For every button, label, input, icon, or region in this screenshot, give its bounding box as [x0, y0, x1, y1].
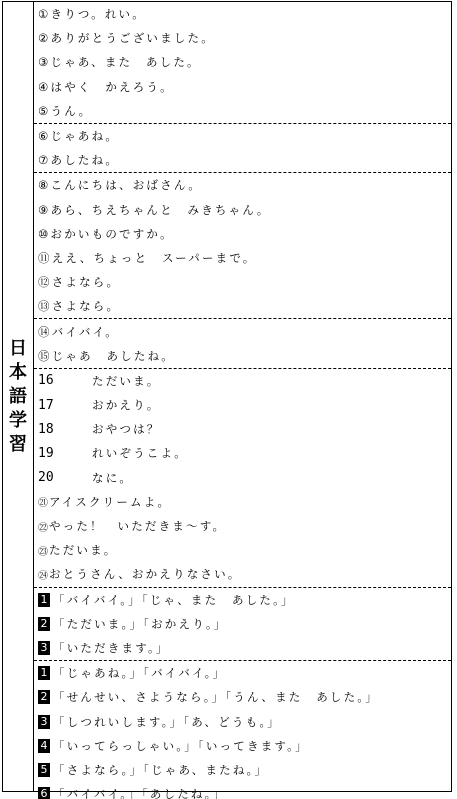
dialogue-line: ㉑アイスクリームよ。 — [34, 490, 451, 514]
exercise-line: 1「じゃあね。」「バイバイ。」 — [34, 661, 451, 685]
line-number: ⑭ — [38, 324, 52, 340]
line-text: ええ、ちょっと スーパーまで。 — [52, 250, 257, 266]
line-number: 17 — [38, 398, 92, 413]
line-text: ただいま。 — [92, 373, 161, 389]
side-title-char: 本 — [9, 361, 27, 385]
number-badge: 6 — [38, 787, 50, 799]
group-5: 16ただいま。 17おかえり。 18おやつは？ 19れいぞうこよ。 20なに。 … — [34, 369, 451, 588]
line-number: ㉔ — [38, 567, 48, 582]
dialogue-line: ⑤うん。 — [34, 99, 451, 123]
number-badge: 2 — [38, 617, 50, 631]
line-number: ⑥ — [38, 129, 51, 143]
dialogue-line: ⑨あら、ちえちゃんと みきちゃん。 — [34, 198, 451, 222]
dialogue-line: ③じゃあ、また あした。 — [34, 50, 451, 74]
line-number: ⑦ — [38, 153, 51, 167]
line-text: ただいま。 — [49, 542, 118, 558]
side-title-char: 語 — [9, 385, 27, 409]
side-title-char: 学 — [9, 409, 27, 433]
dialogue-line: ⑧こんにちは、おばさん。 — [34, 173, 451, 197]
line-number: ④ — [38, 80, 51, 94]
line-text: れいぞうこよ。 — [92, 445, 188, 461]
exercise-line: 4「いってらっしゃい。」「いってきます。」 — [34, 734, 451, 758]
line-number: 16 — [38, 373, 92, 388]
number-badge: 3 — [38, 715, 50, 729]
dialogue-line: ⑩おかいものですか。 — [34, 222, 451, 246]
dialogue-line: ④はやく かえろう。 — [34, 75, 451, 99]
dialogue-line: 16ただいま。 — [34, 369, 451, 393]
line-text: 「いってらっしゃい。」「いってきます。」 — [53, 738, 309, 754]
line-text: ありがとうございました。 — [51, 30, 215, 46]
line-text: おやつは？ — [92, 421, 161, 437]
line-number: ① — [38, 7, 51, 21]
line-number: ⑩ — [38, 227, 51, 241]
line-text: バイバイ。 — [52, 324, 119, 340]
line-text: じゃあね。 — [51, 128, 120, 144]
dialogue-line: ⑫さよなら。 — [34, 270, 451, 294]
side-title-column: 日 本 語 学 習 — [3, 2, 34, 791]
line-text: 「しつれいします。」「あ、どうも。」 — [53, 714, 281, 730]
dialogue-line: ①きりつ。れい。 — [34, 2, 451, 26]
number-badge: 3 — [38, 641, 50, 655]
line-text: アイスクリームよ。 — [49, 494, 171, 510]
line-number: ㉑ — [38, 494, 48, 509]
dialogue-line: ⑬さよなら。 — [34, 294, 451, 318]
line-text: うん。 — [51, 103, 93, 119]
line-number: 18 — [38, 422, 92, 437]
dialogue-line: ⑪ええ、ちょっと スーパーまで。 — [34, 246, 451, 270]
line-text: さよなら。 — [52, 274, 121, 290]
line-text: やった！ いただきま～す。 — [49, 518, 226, 534]
number-badge: 5 — [38, 763, 50, 777]
side-title-char: 日 — [9, 337, 27, 361]
line-number: ⑪ — [38, 250, 52, 266]
line-text: きりつ。れい。 — [51, 6, 146, 22]
group-4: ⑭バイバイ。 ⑮じゃあ あしたね。 — [34, 319, 451, 368]
line-number: ② — [38, 31, 51, 45]
line-number: 20 — [38, 470, 92, 485]
line-number: ㉒ — [38, 519, 48, 534]
number-badge: 1 — [38, 666, 50, 680]
line-number: ⑧ — [38, 178, 51, 192]
group-3: ⑧こんにちは、おばさん。 ⑨あら、ちえちゃんと みきちゃん。 ⑩おかいものですか… — [34, 173, 451, 319]
line-text: じゃあ、また あした。 — [51, 54, 201, 70]
line-number: ③ — [38, 55, 51, 69]
exercise-line: 2「せんせい、さようなら。」「うん、また あした。」 — [34, 685, 451, 709]
line-text: はやく かえろう。 — [51, 79, 174, 95]
line-number: ⑬ — [38, 298, 52, 314]
line-number: ㉓ — [38, 543, 48, 558]
exercise-line: 5「さよなら。」「じゃあ、またね。」 — [34, 758, 451, 782]
exercise-line: 3「しつれいします。」「あ、どうも。」 — [34, 709, 451, 733]
dialogue-line: 20なに。 — [34, 466, 451, 490]
line-number: 19 — [38, 446, 92, 461]
dialogue-line: ㉓ただいま。 — [34, 538, 451, 562]
dialogue-line: 17おかえり。 — [34, 393, 451, 417]
number-badge: 4 — [38, 739, 50, 753]
dialogue-line: ⑥じゃあね。 — [34, 124, 451, 148]
dialogue-line: ⑮じゃあ あしたね。 — [34, 344, 451, 368]
number-badge: 1 — [38, 593, 50, 607]
line-text: 「せんせい、さようなら。」「うん、また あした。」 — [53, 689, 379, 705]
dialogue-line: ㉔おとうさん、おかえりなさい。 — [34, 562, 451, 586]
group-6: 1「バイバイ。」「じゃ、また あした。」 2「ただいま。」「おかえり。」 3「い… — [34, 588, 451, 662]
line-text: おとうさん、おかえりなさい。 — [49, 566, 242, 582]
line-text: あら、ちえちゃんと みきちゃん。 — [51, 202, 271, 218]
line-text: 「じゃあね。」「バイバイ。」 — [53, 665, 226, 681]
group-1: ①きりつ。れい。 ②ありがとうございました。 ③じゃあ、また あした。 ④はやく… — [34, 2, 451, 124]
group-2: ⑥じゃあね。 ⑦あしたね。 — [34, 124, 451, 173]
line-text: おかいものですか。 — [51, 226, 174, 242]
exercise-line: 6「バイバイ。」「あしたね。」 — [34, 782, 451, 799]
exercise-line: 2「ただいま。」「おかえり。」 — [34, 612, 451, 636]
line-text: あしたね。 — [51, 152, 120, 168]
line-text: なに。 — [92, 470, 133, 486]
line-number: ⑤ — [38, 104, 51, 118]
number-badge: 2 — [38, 690, 50, 704]
line-text: 「バイバイ。」「じゃ、また あした。」 — [53, 592, 295, 608]
dialogue-line: ⑭バイバイ。 — [34, 319, 451, 343]
line-text: おかえり。 — [92, 397, 161, 413]
line-text: 「さよなら。」「じゃあ、またね。」 — [53, 762, 268, 778]
dialogue-line: ②ありがとうございました。 — [34, 26, 451, 50]
lesson-sheet: 日 本 語 学 習 ①きりつ。れい。 ②ありがとうございました。 ③じゃあ、また… — [2, 1, 452, 792]
exercise-line: 3「いただきます。」 — [34, 636, 451, 660]
exercise-line: 1「バイバイ。」「じゃ、また あした。」 — [34, 588, 451, 612]
line-number: ⑫ — [38, 274, 52, 290]
dialogue-line: ⑦あしたね。 — [34, 148, 451, 172]
dialogue-line: 18おやつは？ — [34, 417, 451, 441]
line-text: 「バイバイ。」「あしたね。」 — [53, 786, 226, 799]
line-text: さよなら。 — [52, 298, 121, 314]
line-text: こんにちは、おばさん。 — [51, 177, 202, 193]
line-text: 「いただきます。」 — [53, 640, 170, 656]
dialogue-line: ㉒やった！ いただきま～す。 — [34, 514, 451, 538]
group-7: 1「じゃあね。」「バイバイ。」 2「せんせい、さようなら。」「うん、また あした… — [34, 661, 451, 799]
side-title-char: 習 — [9, 433, 27, 457]
line-text: 「ただいま。」「おかえり。」 — [53, 616, 228, 632]
line-number: ⑨ — [38, 203, 51, 217]
dialogue-list: ①きりつ。れい。 ②ありがとうございました。 ③じゃあ、また あした。 ④はやく… — [34, 2, 451, 791]
line-text: じゃあ あしたね。 — [52, 348, 175, 364]
dialogue-line: 19れいぞうこよ。 — [34, 441, 451, 465]
line-number: ⑮ — [38, 348, 52, 364]
